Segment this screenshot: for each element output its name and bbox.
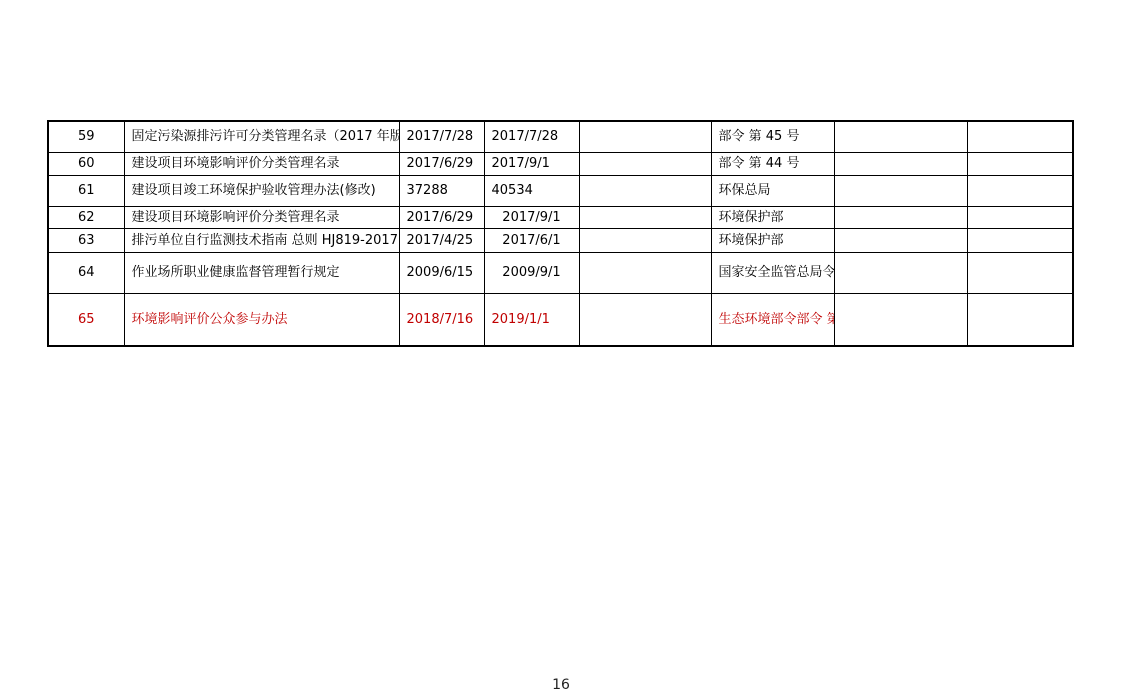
publish-date-cell: 2017/6/29 <box>399 206 484 228</box>
row-number-cell: 63 <box>48 228 124 252</box>
empty-cell <box>834 175 967 206</box>
document-title-cell: 排污单位自行监测技术指南 总则 HJ819-2017 <box>124 228 399 252</box>
issuer-cell: 部令 第 45 号 <box>711 121 834 152</box>
empty-cell <box>579 228 711 252</box>
empty-cell <box>579 121 711 152</box>
effective-date-cell: 2017/6/1 <box>484 228 579 252</box>
effective-date-cell: 2019/1/1 <box>484 293 579 346</box>
document-page: 59 固定污染源排污许可分类管理名录（2017 年版） 2017/7/28 20… <box>0 0 1122 689</box>
empty-cell <box>579 293 711 346</box>
issuer-cell: 环保总局 <box>711 175 834 206</box>
row-number-cell: 62 <box>48 206 124 228</box>
row-number-cell: 64 <box>48 252 124 293</box>
empty-cell <box>967 121 1073 152</box>
table-row-highlighted: 65 环境影响评价公众参与办法 2018/7/16 2019/1/1 生态环境部… <box>48 293 1073 346</box>
publish-date-cell: 2009/6/15 <box>399 252 484 293</box>
publish-date-cell: 37288 <box>399 175 484 206</box>
row-number-cell: 61 <box>48 175 124 206</box>
table-row: 59 固定污染源排污许可分类管理名录（2017 年版） 2017/7/28 20… <box>48 121 1073 152</box>
empty-cell <box>579 252 711 293</box>
page-number: 16 <box>0 677 1122 689</box>
effective-date-cell: 2017/9/1 <box>484 206 579 228</box>
row-number-cell: 60 <box>48 152 124 175</box>
table-row: 63 排污单位自行监测技术指南 总则 HJ819-2017 2017/4/25 … <box>48 228 1073 252</box>
document-title-cell: 环境影响评价公众参与办法 <box>124 293 399 346</box>
effective-date-cell: 40534 <box>484 175 579 206</box>
issuer-cell: 环境保护部 <box>711 228 834 252</box>
empty-cell <box>967 175 1073 206</box>
document-title-cell: 建设项目竣工环境保护验收管理办法(修改) <box>124 175 399 206</box>
empty-cell <box>579 175 711 206</box>
empty-cell <box>834 121 967 152</box>
empty-cell <box>834 293 967 346</box>
effective-date-cell: 2017/7/28 <box>484 121 579 152</box>
issuer-cell: 国家安全监管总局令 第 23 号公布 <box>711 252 834 293</box>
document-title-cell: 作业场所职业健康监督管理暂行规定 <box>124 252 399 293</box>
table-row: 60 建设项目环境影响评价分类管理名录 2017/6/29 2017/9/1 部… <box>48 152 1073 175</box>
empty-cell <box>967 252 1073 293</box>
publish-date-cell: 2017/4/25 <box>399 228 484 252</box>
document-title-cell: 建设项目环境影响评价分类管理名录 <box>124 206 399 228</box>
publish-date-cell: 2017/6/29 <box>399 152 484 175</box>
empty-cell <box>834 152 967 175</box>
document-title-cell: 建设项目环境影响评价分类管理名录 <box>124 152 399 175</box>
publish-date-cell: 2018/7/16 <box>399 293 484 346</box>
empty-cell <box>834 228 967 252</box>
row-number-cell: 65 <box>48 293 124 346</box>
empty-cell <box>967 206 1073 228</box>
empty-cell <box>579 206 711 228</box>
table-row: 64 作业场所职业健康监督管理暂行规定 2009/6/15 2009/9/1 国… <box>48 252 1073 293</box>
empty-cell <box>834 206 967 228</box>
issuer-cell: 生态环境部令部令 第 4 号 <box>711 293 834 346</box>
empty-cell <box>967 152 1073 175</box>
table-row: 61 建设项目竣工环境保护验收管理办法(修改) 37288 40534 环保总局 <box>48 175 1073 206</box>
issuer-cell: 部令 第 44 号 <box>711 152 834 175</box>
empty-cell <box>579 152 711 175</box>
empty-cell <box>967 228 1073 252</box>
effective-date-cell: 2009/9/1 <box>484 252 579 293</box>
legal-documents-table: 59 固定污染源排污许可分类管理名录（2017 年版） 2017/7/28 20… <box>47 120 1074 347</box>
issuer-cell: 环境保护部 <box>711 206 834 228</box>
document-title-cell: 固定污染源排污许可分类管理名录（2017 年版） <box>124 121 399 152</box>
empty-cell <box>967 293 1073 346</box>
table-row: 62 建设项目环境影响评价分类管理名录 2017/6/29 2017/9/1 环… <box>48 206 1073 228</box>
empty-cell <box>834 252 967 293</box>
publish-date-cell: 2017/7/28 <box>399 121 484 152</box>
effective-date-cell: 2017/9/1 <box>484 152 579 175</box>
row-number-cell: 59 <box>48 121 124 152</box>
